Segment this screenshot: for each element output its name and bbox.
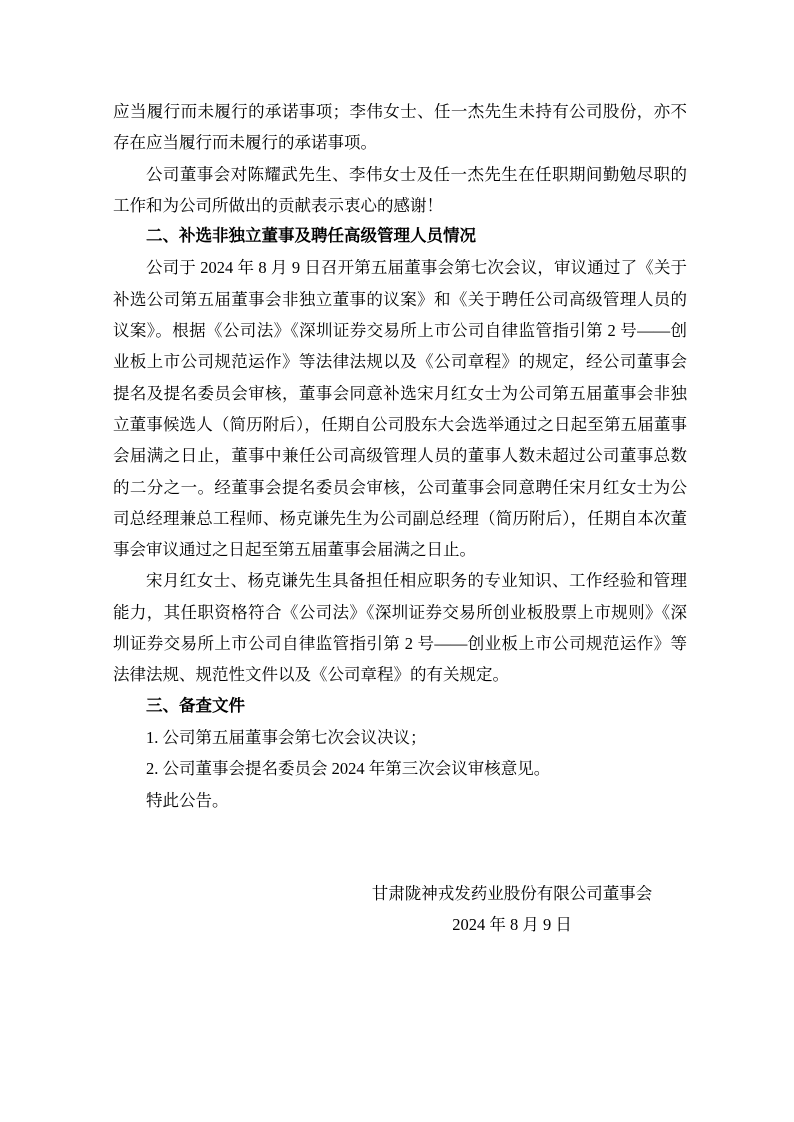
paragraph-qualification-statement: 宋月红女士、杨克谦先生具备担任相应职务的专业知识、工作经验和管理能力，其任职资格… (113, 565, 687, 690)
reference-document-item-1: 1. 公司第五届董事会第七次会议决议； (113, 722, 687, 753)
signature-company-name: 甘肃陇神戎发药业股份有限公司董事会 (225, 878, 794, 909)
closing-statement: 特此公告。 (113, 785, 687, 816)
section-heading-reference-documents: 三、备查文件 (113, 691, 687, 722)
signature-date: 2024 年 8 月 9 日 (225, 909, 794, 940)
document-page: 应当履行而未履行的承诺事项；李伟女士、任一杰先生未持有公司股份，亦不存在应当履行… (0, 0, 794, 1122)
section-heading-election-appointment: 二、补选非独立董事及聘任高级管理人员情况 (113, 221, 687, 252)
reference-document-item-2: 2. 公司董事会提名委员会 2024 年第三次会议审核意见。 (113, 753, 687, 784)
paragraph-commitments-continuation: 应当履行而未履行的承诺事项；李伟女士、任一杰先生未持有公司股份，亦不存在应当履行… (113, 96, 687, 159)
paragraph-board-gratitude: 公司董事会对陈耀武先生、李伟女士及任一杰先生在任职期间勤勉尽职的工作和为公司所做… (113, 159, 687, 222)
signature-block: 甘肃陇神戎发药业股份有限公司董事会 2024 年 8 月 9 日 (225, 878, 794, 941)
paragraph-election-details: 公司于 2024 年 8 月 9 日召开第五届董事会第七次会议，审议通过了《关于… (113, 252, 687, 565)
